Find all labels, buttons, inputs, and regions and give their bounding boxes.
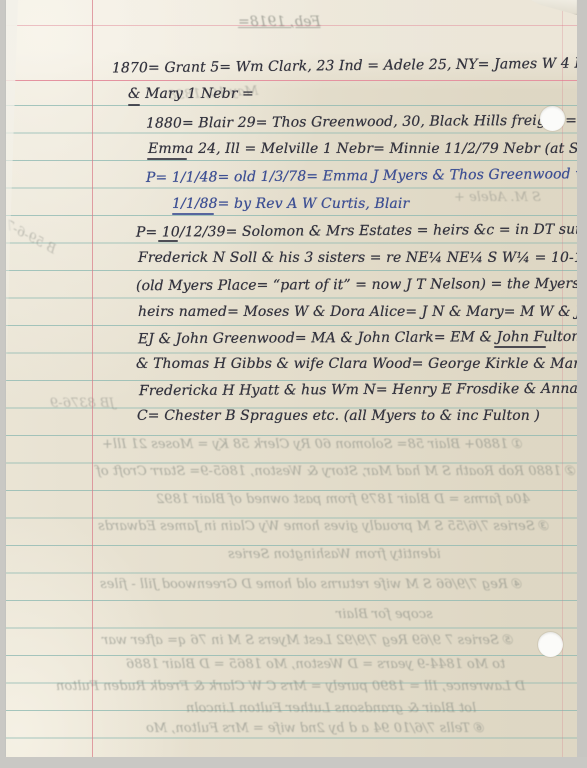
ink-underline-mark	[147, 158, 187, 160]
ink-underline-mark	[158, 240, 178, 242]
bleedthrough-line: ⑥ Tells 7/6/10 94 a d by 2nd wife = Mrs …	[146, 721, 486, 739]
scanned-document: Feb, 1918= May 10, 1898 S M. Adele + B 5…	[0, 0, 587, 768]
bleedthrough-line: to Mo 1844-9 years = D Weston, Mo 1865 =…	[126, 657, 505, 675]
handwritten-line: (old Myers Place= “part of it” = now J T…	[136, 276, 577, 298]
bleedthrough-line: lot Blair & grandsons Luther Fulton Linc…	[186, 701, 476, 719]
bleedthrough-line: ⑤ Series 7 9/69 Reg 7/9/92 Lest Myers S …	[102, 633, 515, 651]
handwritten-line: Frederick N Soll & his 3 sisters = re NE…	[138, 250, 577, 270]
hole-punch	[538, 632, 563, 657]
scanner-background	[577, 0, 587, 768]
handwritten-line: 1870= Grant 5= Wm Clark, 23 Ind = Adele …	[112, 56, 577, 81]
bleedthrough-fragment: JB 8376-9	[50, 396, 115, 414]
handwritten-line: heirs named= Moses W & Dora Alice= J N &…	[138, 304, 577, 324]
handwritten-line: C= Chester B Spragues etc. (all Myers to…	[137, 408, 540, 428]
bleedthrough-line: ① 1880+ Blair 58= Solomon 60 Ry Clerk 58…	[102, 437, 524, 455]
ink-underline-mark	[494, 346, 546, 348]
bleedthrough-fragment: S M. Adele +	[454, 190, 541, 208]
bleedthrough-line: D Lawrence, Ill = 1890 purely = Mrs C W …	[56, 679, 525, 697]
bleedthrough-line: identity from Washington Series	[228, 547, 441, 565]
handwritten-line: Fredericka H Hyatt & hus Wm N= Henry E F…	[139, 381, 577, 403]
ink-underline-mark	[128, 104, 140, 106]
handwritten-line: Emma 24, Ill = Melville 1 Nebr= Minnie 1…	[148, 141, 577, 161]
handwritten-line: & Thomas H Gibbs & wife Clara Wood= Geor…	[136, 356, 577, 376]
bleedthrough-line: ③ Series 7/6/55 S M proudly gives home W…	[98, 519, 551, 537]
bleedthrough-line: scope for Blair	[336, 607, 433, 625]
left-margin-line	[92, 0, 93, 757]
handwritten-line: P= 1/1/48= old 1/3/78= Emma J Myers & Th…	[146, 166, 577, 190]
handwritten-line: EJ & John Greenwood= MA & John Clark= EM…	[138, 329, 577, 351]
bleedthrough-line: 40a farms = D Blair 1879 from past owned…	[156, 492, 530, 510]
bleedthrough-line: ② 1880 Rob Roath S M had Mar, Story & We…	[96, 464, 577, 482]
bleedthrough-line: ④ Reg 7/9/66 S M wife returns old home D…	[100, 577, 523, 595]
scanner-background	[0, 757, 587, 768]
handwritten-line: & Mary 1 Nebr =	[128, 86, 254, 106]
handwritten-line: P= 10/12/39= Solomon & Mrs Estates = hei…	[136, 221, 577, 244]
hole-punch	[540, 106, 565, 131]
ink-underline-mark	[172, 213, 214, 215]
bleedthrough-header: Feb, 1918=	[238, 14, 320, 32]
handwritten-line: 1880= Blair 29= Thos Greenwood, 30, Blac…	[146, 112, 577, 135]
page-corner-fold	[531, 0, 577, 15]
paper-sheet: Feb, 1918= May 10, 1898 S M. Adele + B 5…	[6, 0, 577, 757]
